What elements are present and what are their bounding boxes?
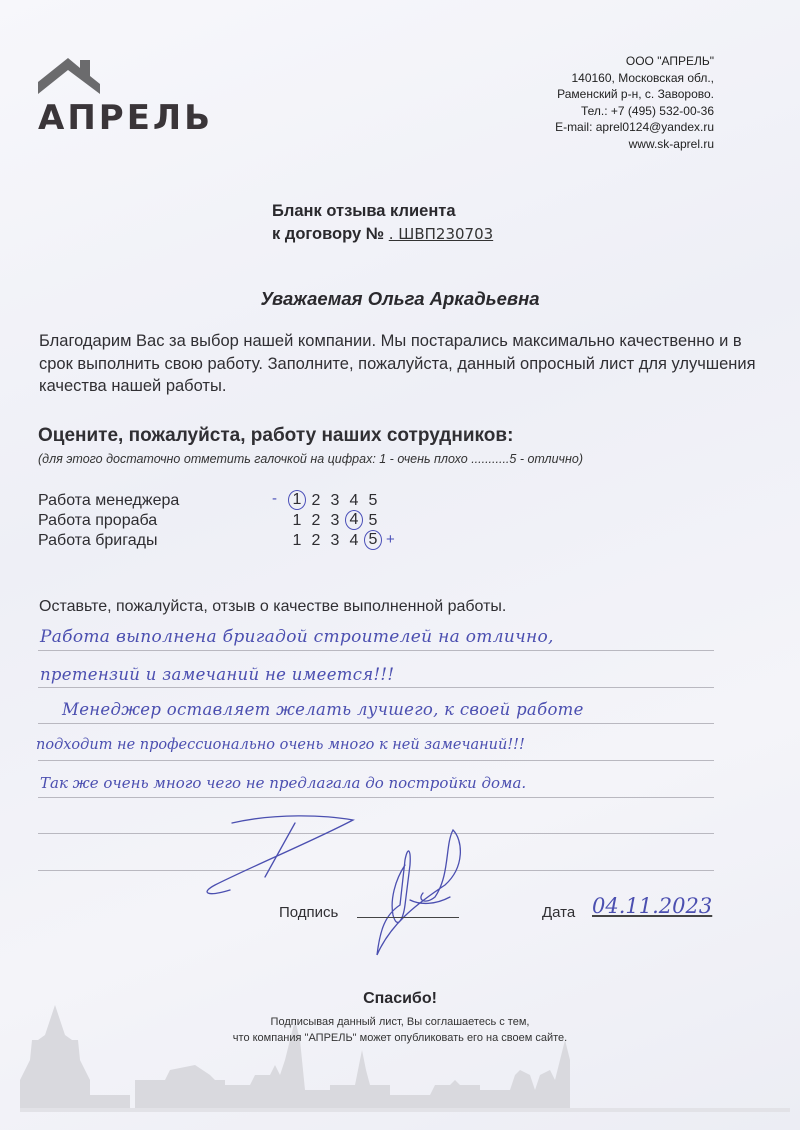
- consent-line-1: Подписывая данный лист, Вы соглашаетесь …: [0, 1015, 800, 1031]
- score-3[interactable]: 3: [326, 532, 344, 550]
- date-label: Дата: [542, 904, 575, 921]
- consent-note: Подписывая данный лист, Вы соглашаетесь …: [0, 1015, 800, 1046]
- review-text-line-2[interactable]: претензий и замечаний не имеется!!!: [40, 665, 394, 684]
- score-5-selected[interactable]: 5: [364, 530, 382, 550]
- website: www.sk-aprel.ru: [555, 136, 714, 153]
- review-rule-line: [38, 760, 714, 761]
- date-field[interactable]: 04.11.2023: [592, 894, 712, 918]
- score-4-selected[interactable]: 4: [345, 510, 363, 530]
- company-contacts: ООО "АПРЕЛЬ" 140160, Московская обл., Ра…: [555, 53, 714, 152]
- score-2[interactable]: 2: [307, 512, 325, 530]
- house-roof-logo-icon: [38, 56, 102, 98]
- handwritten-signature: [195, 805, 485, 965]
- signature-label: Подпись: [279, 904, 338, 921]
- score-4[interactable]: 4: [345, 492, 363, 510]
- rating-label: Работа бригады: [38, 532, 238, 550]
- company-logo-text: АПРЕЛЬ: [38, 98, 213, 138]
- review-text-line-1[interactable]: Работа выполнена бригадой строителей на …: [40, 627, 554, 647]
- plus-mark: +: [386, 531, 395, 548]
- score-3[interactable]: 3: [326, 492, 344, 510]
- score-5[interactable]: 5: [364, 512, 382, 530]
- company-name: ООО "АПРЕЛЬ": [555, 53, 714, 70]
- form-title: Бланк отзыва клиента к договору № . ШВП2…: [272, 200, 493, 246]
- signature-field[interactable]: [357, 917, 459, 918]
- score-2[interactable]: 2: [307, 532, 325, 550]
- minus-mark: -: [272, 490, 277, 507]
- contract-number: . ШВП230703: [389, 225, 493, 243]
- review-text-line-3[interactable]: Менеджер оставляет желать лучшего, к сво…: [62, 700, 584, 719]
- score-5[interactable]: 5: [364, 492, 382, 510]
- review-rule-line: [38, 687, 714, 688]
- thanks-heading: Спасибо!: [0, 990, 800, 1008]
- review-text-line-5[interactable]: Так же очень много чего не предлагала до…: [40, 774, 526, 792]
- contract-label: к договору №: [272, 225, 384, 243]
- intro-paragraph: Благодарим Вас за выбор нашей компании. …: [39, 330, 759, 398]
- review-rule-line: [38, 650, 714, 651]
- address-line-2: Раменский р-н, с. Заворово.: [555, 86, 714, 103]
- score-4[interactable]: 4: [345, 532, 363, 550]
- review-rule-line: [38, 723, 714, 724]
- rating-label: Работа менеджера: [38, 492, 238, 510]
- phone: Тел.: +7 (495) 532-00-36: [555, 103, 714, 120]
- score-3[interactable]: 3: [326, 512, 344, 530]
- form-title-line-1: Бланк отзыва клиента: [272, 200, 493, 223]
- rating-hint: (для этого достаточно отметить галочкой …: [38, 452, 583, 466]
- form-title-line-2: к договору № . ШВП230703: [272, 223, 493, 246]
- rating-heading: Оцените, пожалуйста, работу наших сотруд…: [38, 425, 513, 447]
- consent-line-2: что компания "АПРЕЛЬ" может опубликовать…: [0, 1031, 800, 1047]
- address-line-1: 140160, Московская обл.,: [555, 70, 714, 87]
- review-text-line-4[interactable]: подходит не профессионально очень много …: [36, 737, 525, 753]
- greeting: Уважаемая Ольга Аркадьевна: [0, 288, 800, 310]
- review-prompt: Оставьте, пожалуйста, отзыв о качестве в…: [39, 598, 506, 616]
- score-1[interactable]: 1: [288, 532, 306, 550]
- score-2[interactable]: 2: [307, 492, 325, 510]
- review-rule-line: [38, 797, 714, 798]
- score-1[interactable]: 1: [288, 512, 306, 530]
- score-1-selected[interactable]: 1: [288, 490, 306, 510]
- email: E-mail: aprel0124@yandex.ru: [555, 119, 714, 136]
- rating-label: Работа прораба: [38, 512, 238, 530]
